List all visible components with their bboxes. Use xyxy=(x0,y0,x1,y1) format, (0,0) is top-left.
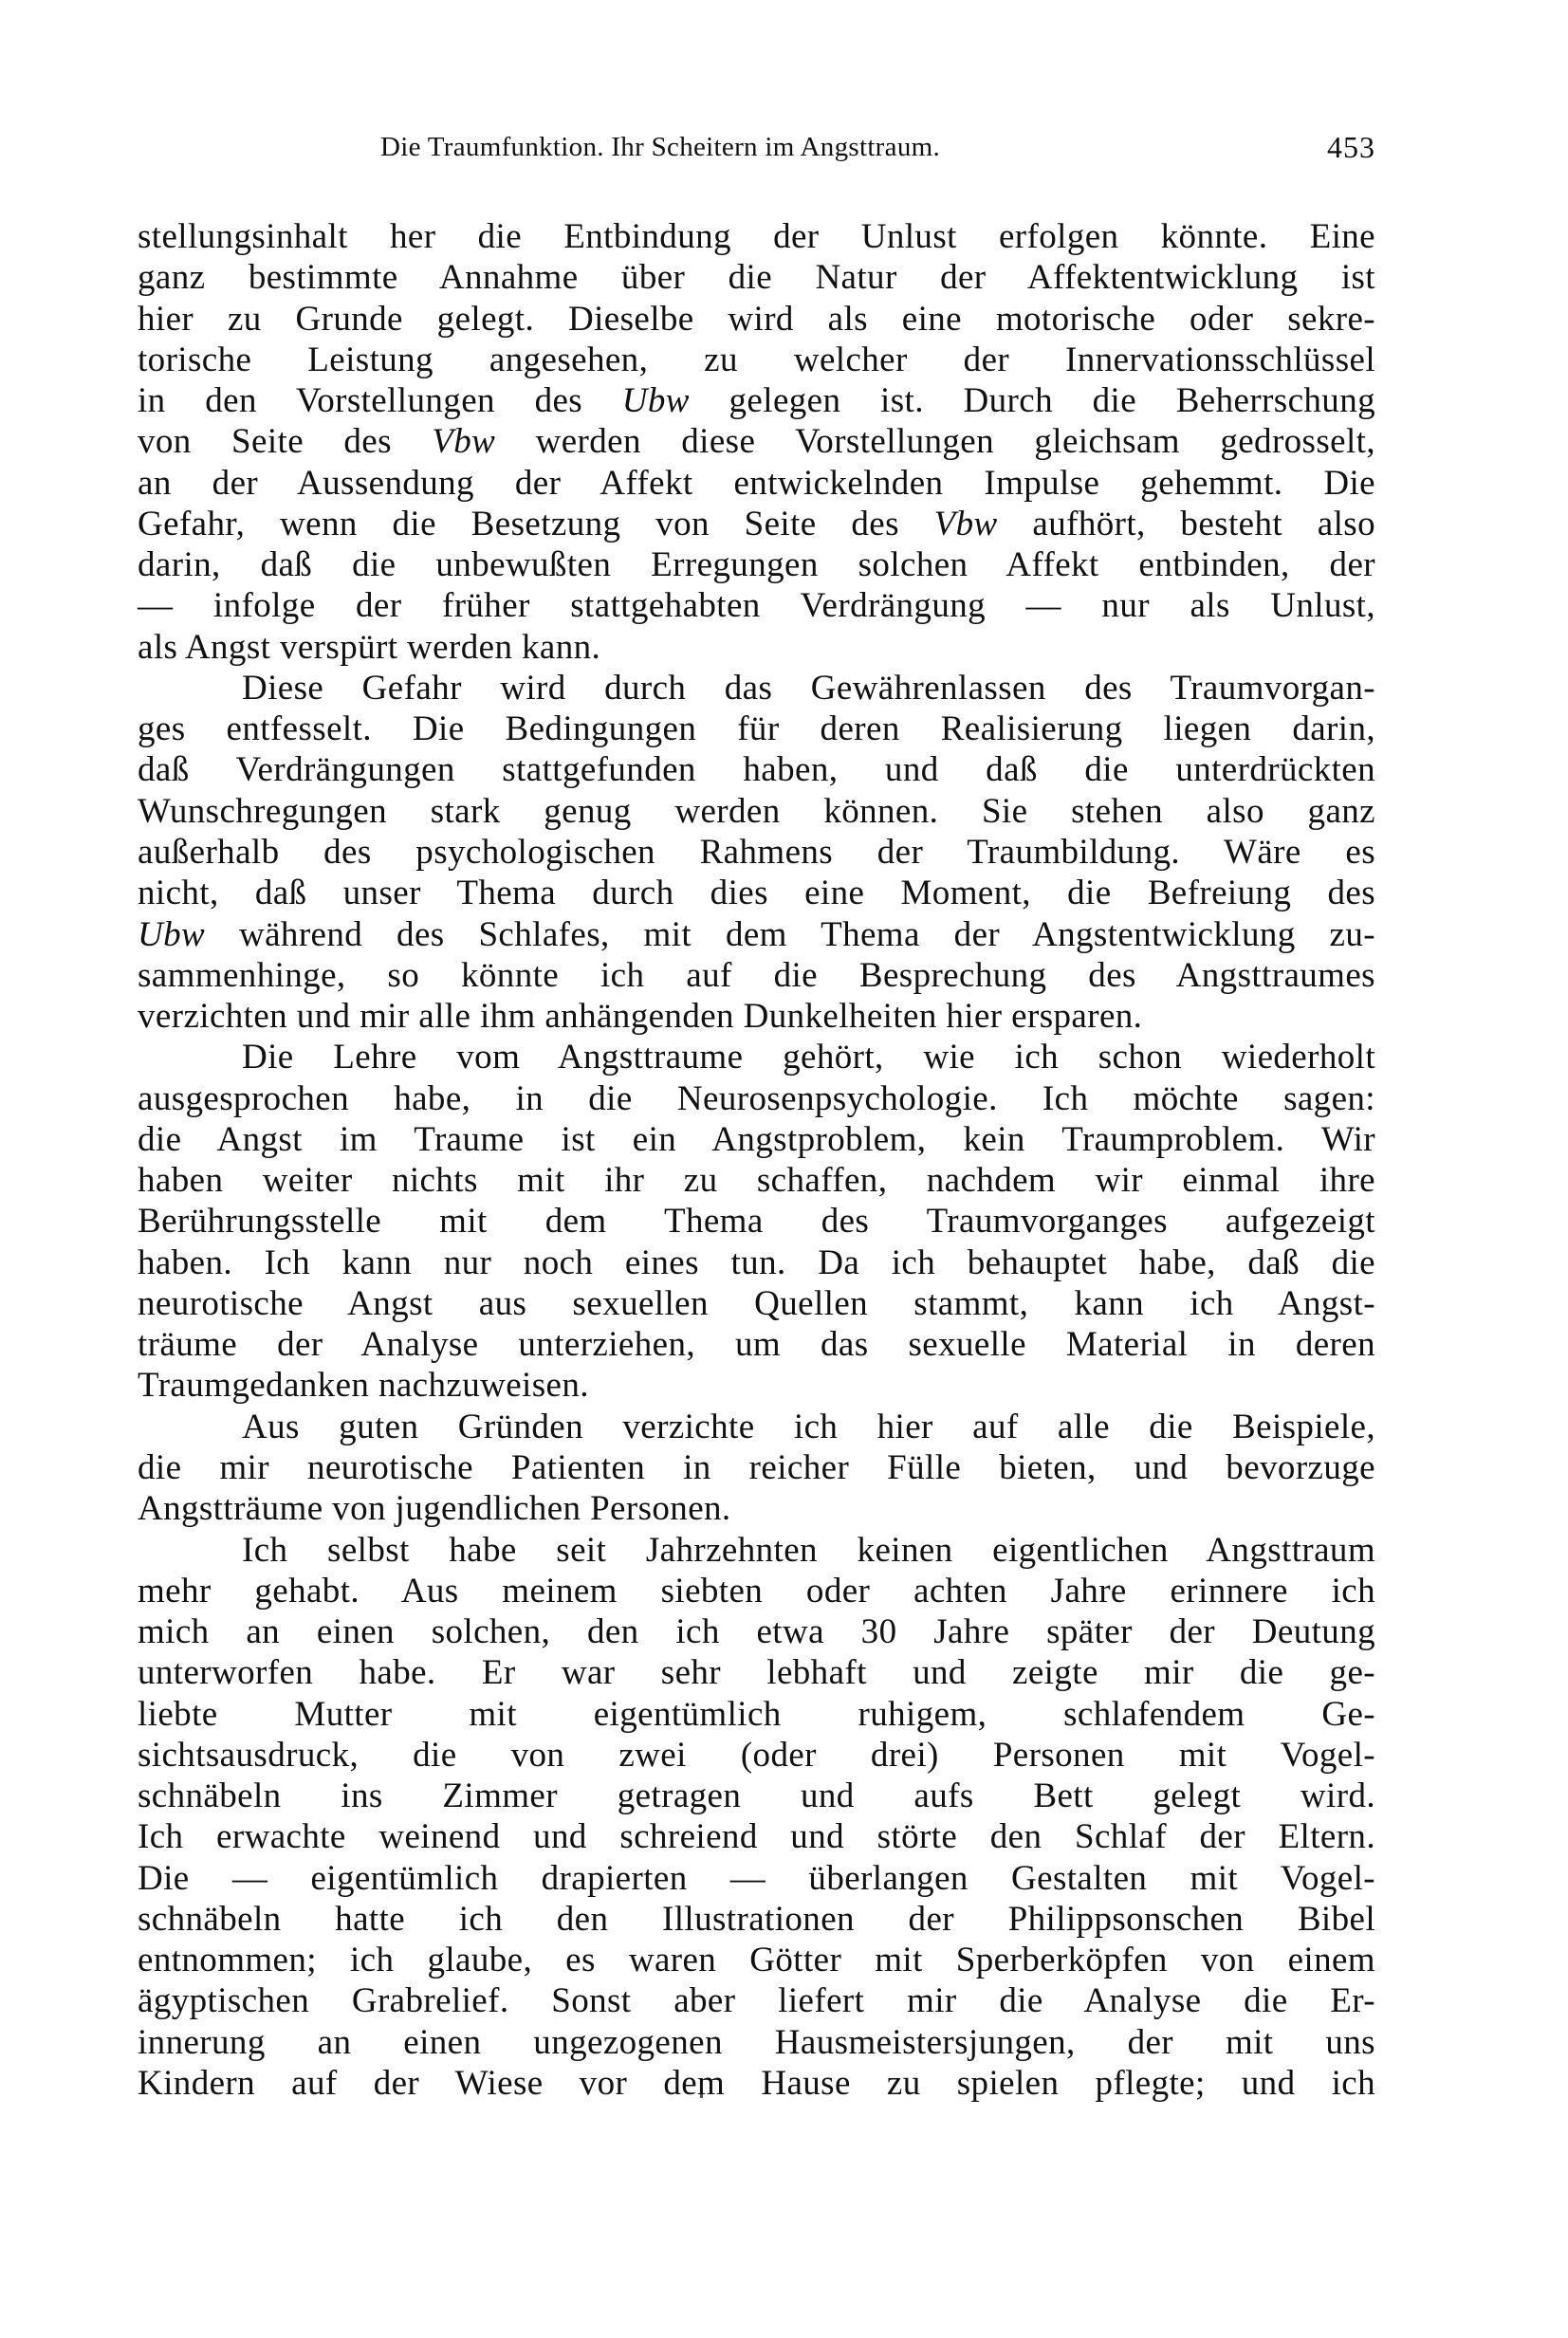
text-line: ganz bestimmte Annahme über die Natur de… xyxy=(138,257,1375,298)
paragraph: Diese Gefahr wird durch das Gewährenlass… xyxy=(138,668,1375,1037)
running-head: Die Traumfunktion. Ihr Scheitern im Angs… xyxy=(138,126,1375,168)
text-line: schnäbeln ins Zimmer getragen und aufs B… xyxy=(138,1776,1375,1816)
print-speck xyxy=(700,2094,703,2098)
text-line: die mir neurotische Patienten in reicher… xyxy=(138,1447,1375,1488)
text-line: schnäbeln hatte ich den Illustrationen d… xyxy=(138,1899,1375,1940)
text-line: torische Leistung angesehen, zu welcher … xyxy=(138,340,1375,380)
text-line: die Angst im Traume ist ein Angstproblem… xyxy=(138,1119,1375,1160)
text-line: innerung an einen ungezogenen Hausmeiste… xyxy=(138,2022,1375,2063)
text-line: Die Lehre vom Angsttraume gehört, wie ic… xyxy=(138,1037,1375,1077)
text-line: träume der Analyse unterziehen, um das s… xyxy=(138,1324,1375,1365)
italic-term: Ubw xyxy=(622,381,690,420)
text-line: unterworfen habe. Er war sehr lebhaft un… xyxy=(138,1652,1375,1693)
text-line: in den Vorstellungen des Ubw gelegen ist… xyxy=(138,380,1375,421)
text-line: hier zu Grunde gelegt. Dieselbe wird als… xyxy=(138,299,1375,340)
text-line: Angstträume von jugendlichen Personen. xyxy=(138,1488,1375,1529)
italic-term: Vbw xyxy=(432,422,495,461)
text-line: Aus guten Gründen verzichte ich hier auf… xyxy=(138,1407,1375,1447)
text-line: liebte Mutter mit eigentümlich ruhigem, … xyxy=(138,1694,1375,1735)
text-line: haben. Ich kann nur noch eines tun. Da i… xyxy=(138,1243,1375,1283)
text-line: verzichten und mir alle ihm anhängenden … xyxy=(138,996,1375,1037)
text-line: ausgesprochen habe, in die Neurosenpsych… xyxy=(138,1078,1375,1119)
text-line: darin, daß die unbewußten Erregungen sol… xyxy=(138,544,1375,585)
paragraph: Die Lehre vom Angsttraume gehört, wie ic… xyxy=(138,1037,1375,1406)
body-text: stellungsinhalt her die Entbindung der U… xyxy=(138,216,1375,2104)
italic-term: Vbw xyxy=(934,505,998,543)
page-number: 453 xyxy=(1327,126,1375,168)
text-line: Diese Gefahr wird durch das Gewährenlass… xyxy=(138,668,1375,709)
text-line: stellungsinhalt her die Entbindung der U… xyxy=(138,216,1375,257)
text-line: — infolge der früher stattgehabten Verdr… xyxy=(138,585,1375,626)
text-line: Berührungsstelle mit dem Thema des Traum… xyxy=(138,1201,1375,1242)
text-line: Kindern auf der Wiese vor dem Hause zu s… xyxy=(138,2063,1375,2104)
text-line: ges entfesselt. Die Bedingungen für dere… xyxy=(138,709,1375,749)
text-line: mich an einen solchen, den ich etwa 30 J… xyxy=(138,1611,1375,1652)
text-line: sammenhinge, so könnte ich auf die Bespr… xyxy=(138,955,1375,996)
text-line: nicht, daß unser Thema durch dies eine M… xyxy=(138,873,1375,913)
text-line: entnommen; ich glaube, es waren Götter m… xyxy=(138,1940,1375,1980)
text-line: daß Verdrängungen stattgefunden haben, u… xyxy=(138,749,1375,790)
text-line: Traumgedanken nachzuweisen. xyxy=(138,1365,1375,1406)
text-line: sichtsausdruck, die von zwei (oder drei)… xyxy=(138,1735,1375,1776)
text-line: Wunschregungen stark genug werden können… xyxy=(138,791,1375,832)
text-line: neurotische Angst aus sexuellen Quellen … xyxy=(138,1283,1375,1324)
running-title: Die Traumfunktion. Ihr Scheitern im Angs… xyxy=(380,126,940,168)
text-line: Ubw während des Schlafes, mit dem Thema … xyxy=(138,914,1375,955)
text-line: mehr gehabt. Aus meinem siebten oder ach… xyxy=(138,1571,1375,1611)
text-line: Gefahr, wenn die Besetzung von Seite des… xyxy=(138,504,1375,544)
paragraph: Ich selbst habe seit Jahrzehnten keinen … xyxy=(138,1530,1375,2105)
text-line: von Seite des Vbw werden diese Vorstellu… xyxy=(138,421,1375,462)
book-page: Die Traumfunktion. Ihr Scheitern im Angs… xyxy=(0,0,1568,2338)
text-line: an der Aussendung der Affekt entwickelnd… xyxy=(138,463,1375,504)
text-line: Die — eigentümlich drapierten — überlang… xyxy=(138,1858,1375,1899)
italic-term: Ubw xyxy=(138,915,205,954)
text-line: haben weiter nichts mit ihr zu schaffen,… xyxy=(138,1160,1375,1201)
text-line: Ich erwachte weinend und schreiend und s… xyxy=(138,1816,1375,1857)
text-line: Ich selbst habe seit Jahrzehnten keinen … xyxy=(138,1530,1375,1571)
paragraph: stellungsinhalt her die Entbindung der U… xyxy=(138,216,1375,668)
text-line: außerhalb des psychologischen Rahmens de… xyxy=(138,832,1375,873)
text-line: ägyptischen Grabrelief. Sonst aber liefe… xyxy=(138,1980,1375,2021)
paragraph: Aus guten Gründen verzichte ich hier auf… xyxy=(138,1407,1375,1530)
text-line: als Angst verspürt werden kann. xyxy=(138,627,1375,668)
